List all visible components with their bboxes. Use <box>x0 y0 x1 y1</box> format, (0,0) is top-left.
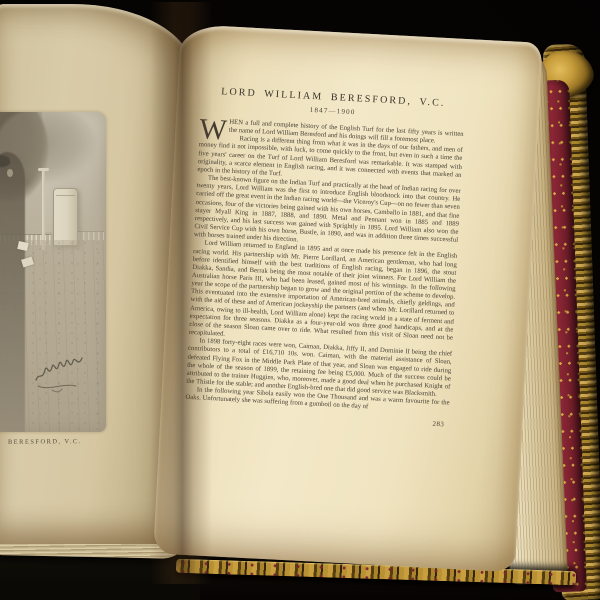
body-paragraph: Lord William returned to England in 1895… <box>189 239 458 351</box>
figure-face <box>7 169 13 177</box>
right-page: LORD WILLIAM BERESFORD, V.C. 1847—1900 W… <box>153 24 542 572</box>
book-photograph: BERESFORD, V.C. LORD WILLIAM BERESFORD, … <box>0 0 600 600</box>
standing-figure <box>0 152 25 432</box>
fence-right <box>78 231 104 240</box>
sentry-box <box>53 188 78 246</box>
signal-post-cap <box>38 168 49 171</box>
text-block: LORD WILLIAM BERESFORD, V.C. 1847—1900 W… <box>185 85 466 429</box>
illustration-plate <box>0 112 106 432</box>
signal-post <box>42 170 45 250</box>
drop-cap: W <box>199 118 227 141</box>
plate-caption: BERESFORD, V.C. <box>8 437 178 446</box>
artist-signature <box>32 350 88 394</box>
